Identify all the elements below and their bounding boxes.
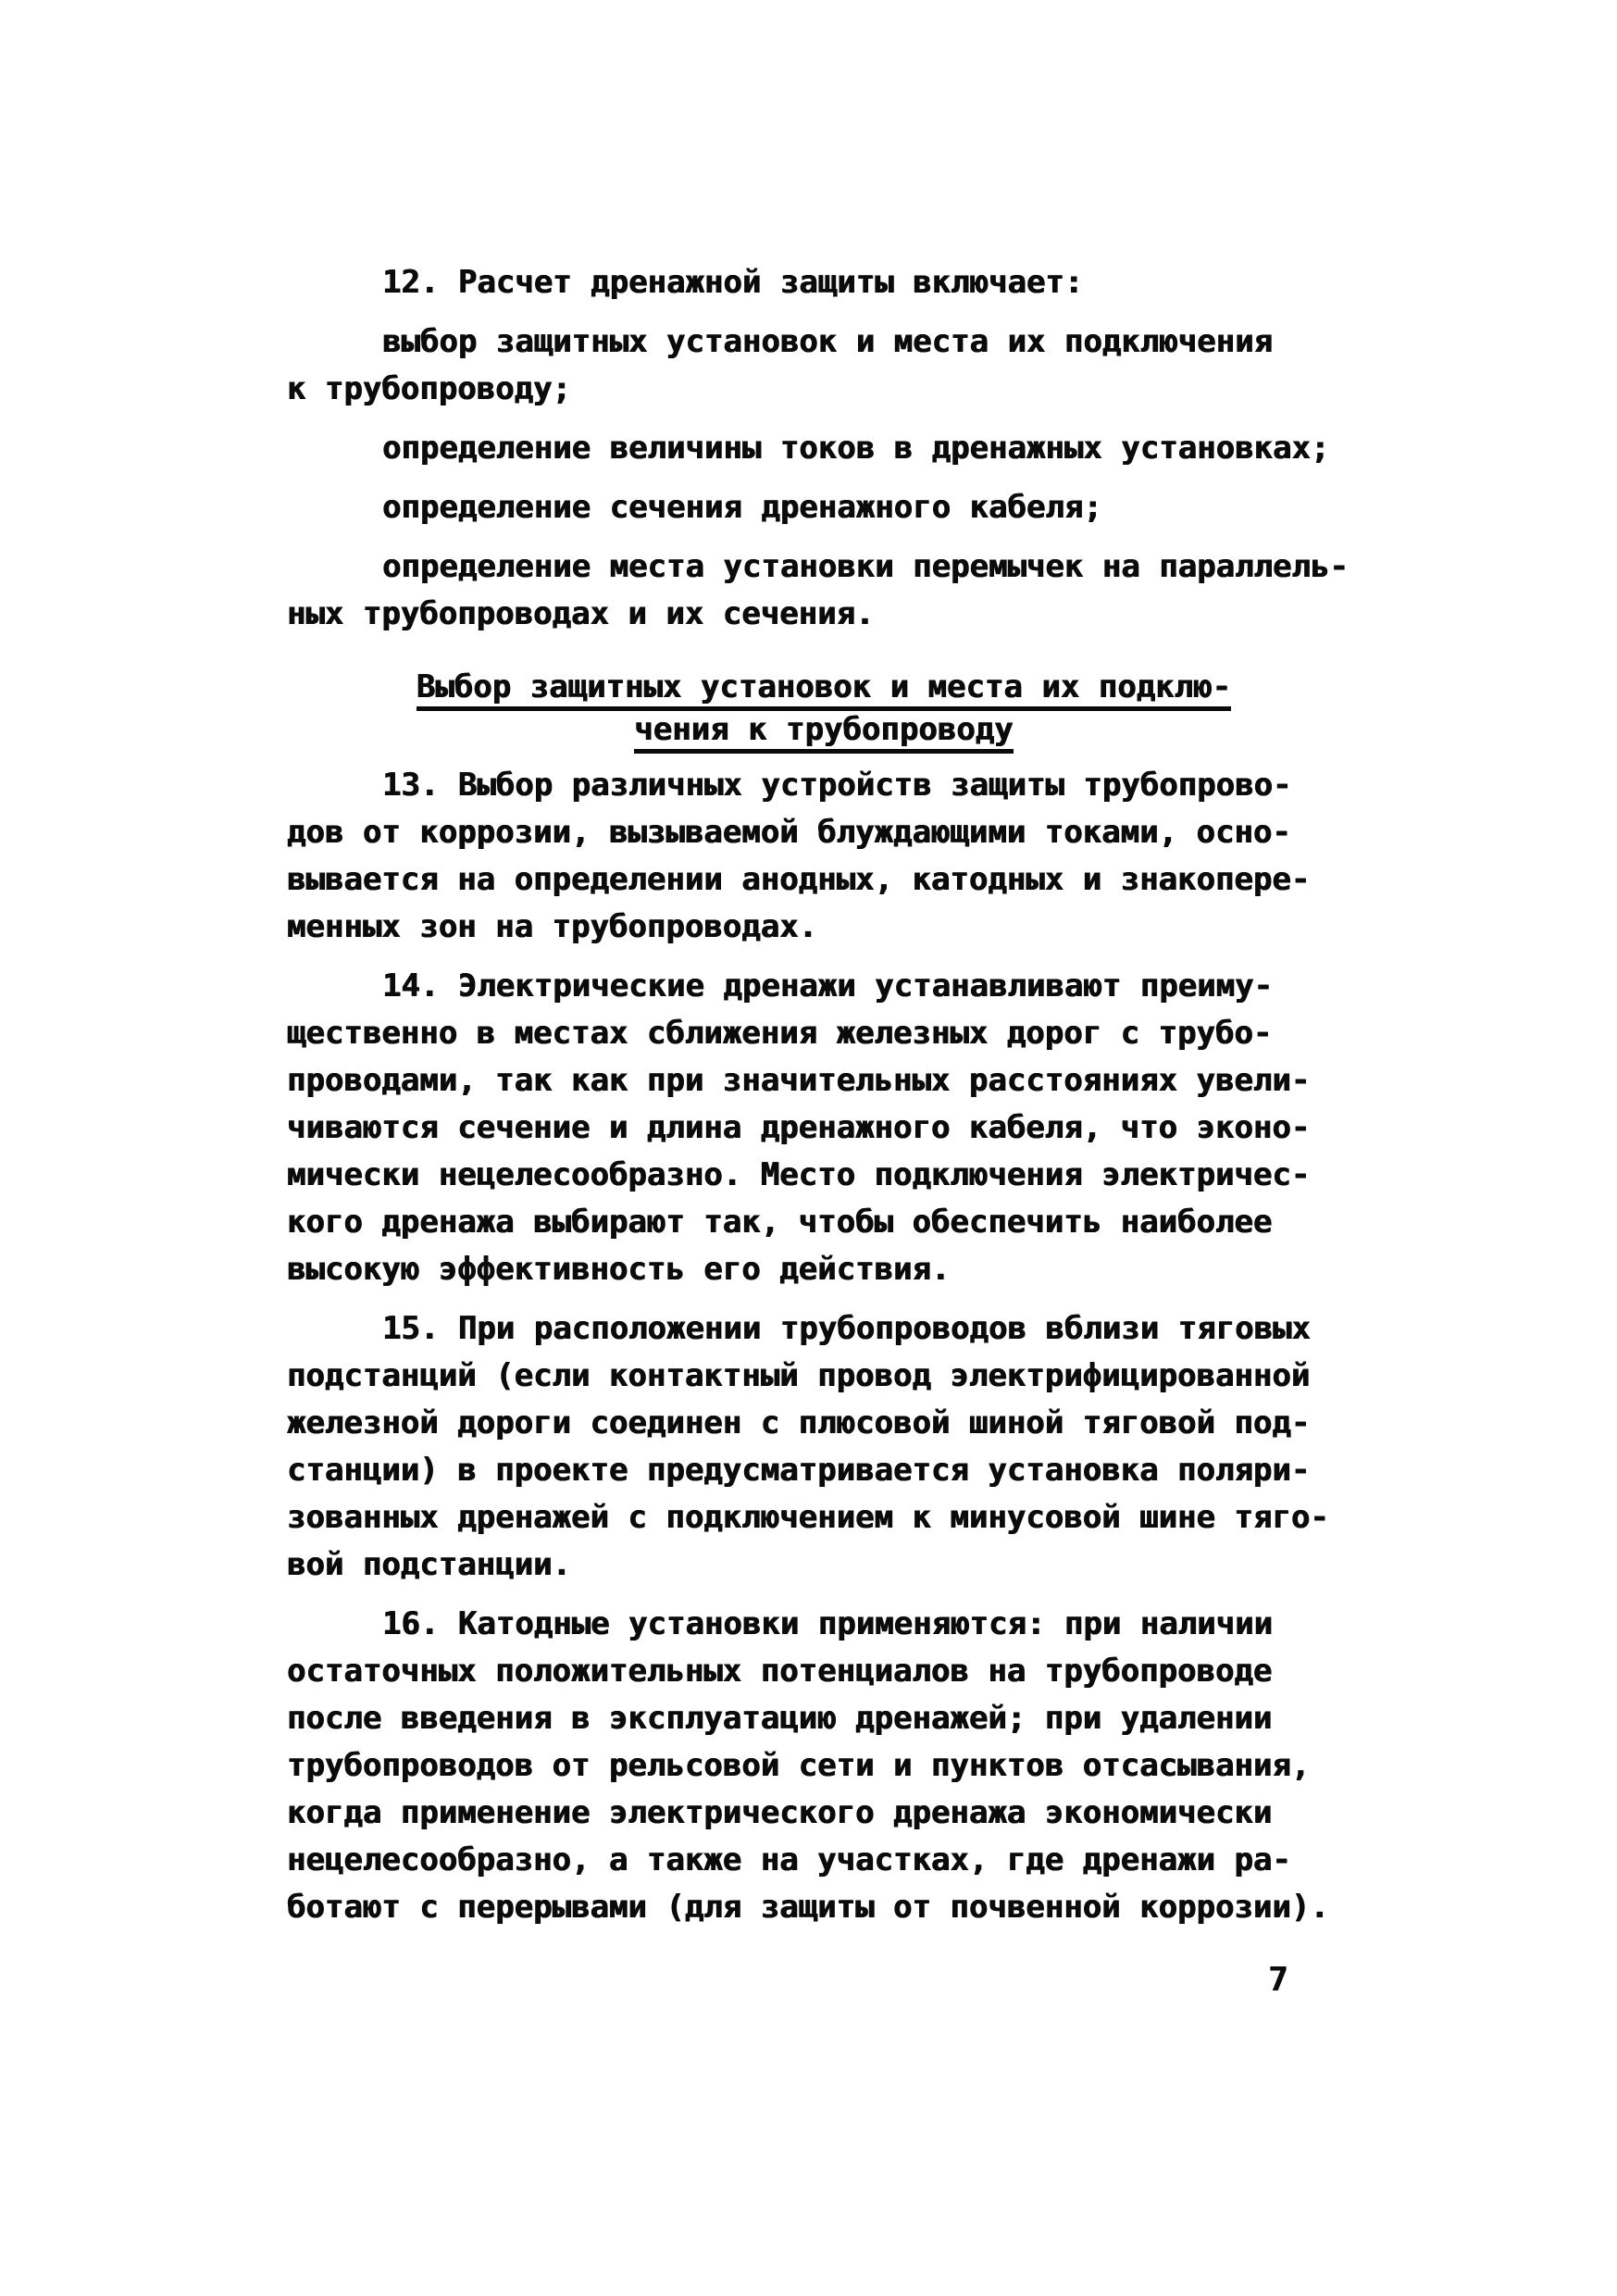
document-page: 12. Расчет дренажной защиты включает:выб… bbox=[0, 0, 1617, 2296]
heading-underline: чения к трубопроводу bbox=[634, 711, 1013, 754]
section-heading: Выбор защитных установок и места их подк… bbox=[287, 666, 1361, 751]
text-line: железной дороги соединен с плюсовой шино… bbox=[287, 1400, 1361, 1447]
text-line: кого дренажа выбирают так, чтобы обеспеч… bbox=[287, 1199, 1361, 1246]
paragraph: 15. При расположении трубопроводов вблиз… bbox=[287, 1305, 1361, 1589]
text-line: трубопроводов от рельсовой сети и пункто… bbox=[287, 1742, 1361, 1790]
text-line: зованных дренажей с подключением к минус… bbox=[287, 1494, 1361, 1541]
text-line: мически нецелесообразно. Место подключен… bbox=[287, 1152, 1361, 1199]
paragraph: определение сечения дренажного кабеля; bbox=[287, 484, 1361, 531]
paragraph: 16. Катодные установки применяются: при … bbox=[287, 1601, 1361, 1931]
text-line: щественно в местах сближения железных до… bbox=[287, 1010, 1361, 1057]
page-number: 7 bbox=[1268, 1961, 1288, 2000]
text-line: ботают с перерывами (для защиты от почве… bbox=[287, 1884, 1361, 1931]
text-line: 14. Электрические дренажи устанавливают … bbox=[287, 963, 1361, 1010]
text-line: станции) в проекте предусматривается уст… bbox=[287, 1447, 1361, 1494]
text-line: когда применение электрического дренажа … bbox=[287, 1790, 1361, 1837]
text-line: вывается на определении анодных, катодны… bbox=[287, 856, 1361, 904]
text-line: проводами, так как при значительных расс… bbox=[287, 1057, 1361, 1104]
text-line: 12. Расчет дренажной защиты включает: bbox=[287, 259, 1361, 306]
paragraph: определение величины токов в дренажных у… bbox=[287, 425, 1361, 472]
text-line: ных трубопроводах и их сечения. bbox=[287, 591, 1361, 638]
text-line: 13. Выбор различных устройств защиты тру… bbox=[287, 762, 1361, 809]
text-line: определение места установки перемычек на… bbox=[287, 543, 1361, 591]
paragraph: 13. Выбор различных устройств защиты тру… bbox=[287, 762, 1361, 951]
text-line: подстанций (если контактный провод элект… bbox=[287, 1353, 1361, 1400]
heading-line: чения к трубопроводу bbox=[287, 708, 1361, 751]
text-line: после введения в эксплуатацию дренажей; … bbox=[287, 1695, 1361, 1742]
text-line: остаточных положительных потенциалов на … bbox=[287, 1648, 1361, 1695]
text-line: 15. При расположении трубопроводов вблиз… bbox=[287, 1305, 1361, 1353]
text-line: вой подстанции. bbox=[287, 1541, 1361, 1589]
text-line: к трубопроводу; bbox=[287, 366, 1361, 413]
paragraph: 12. Расчет дренажной защиты включает: bbox=[287, 259, 1361, 306]
text-line: выбор защитных установок и места их подк… bbox=[287, 318, 1361, 366]
text-line: чиваются сечение и длина дренажного кабе… bbox=[287, 1104, 1361, 1152]
text-line: высокую эффективность его действия. bbox=[287, 1246, 1361, 1293]
text-line: 16. Катодные установки применяются: при … bbox=[287, 1601, 1361, 1648]
paragraph: 14. Электрические дренажи устанавливают … bbox=[287, 963, 1361, 1293]
text-column: 12. Расчет дренажной защиты включает:выб… bbox=[287, 259, 1361, 1943]
paragraph: выбор защитных установок и места их подк… bbox=[287, 318, 1361, 413]
text-line: менных зон на трубопроводах. bbox=[287, 904, 1361, 951]
heading-underline: Выбор защитных установок и места их подк… bbox=[417, 668, 1231, 711]
text-line: дов от коррозии, вызываемой блуждающими … bbox=[287, 809, 1361, 856]
paragraph: определение места установки перемычек на… bbox=[287, 543, 1361, 638]
text-line: определение величины токов в дренажных у… bbox=[287, 425, 1361, 472]
text-line: определение сечения дренажного кабеля; bbox=[287, 484, 1361, 531]
text-line: нецелесообразно, а также на участках, гд… bbox=[287, 1837, 1361, 1884]
heading-line: Выбор защитных установок и места их подк… bbox=[287, 666, 1361, 708]
